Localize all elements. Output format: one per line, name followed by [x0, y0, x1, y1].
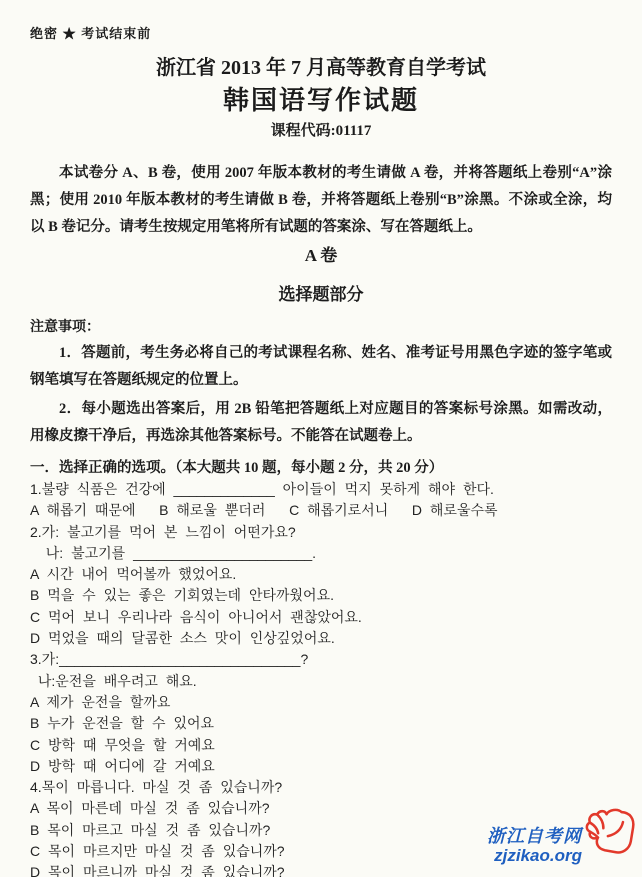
exam-title: 浙江省 2013 年 7 月高等教育自学考试 — [30, 55, 612, 81]
question-1-options: A 해롭기 때문에 B 해로울 뿐더러 C 해롭기로서니 D 해로울수록 — [30, 500, 612, 521]
intro-paragraph: 本试卷分 A、B 卷，使用 2007 年版本教材的考生请做 A 卷，并将答题纸上… — [30, 160, 612, 241]
multiple-choice-section-title: 选择题部分 — [30, 283, 612, 307]
exam-paper-page: 绝密 ★ 考试结束前 浙江省 2013 年 7 月高等教育自学考试 韩国语写作试… — [0, 0, 642, 877]
volume-a-label: A 卷 — [30, 244, 612, 268]
course-code: 课程代码:01117 — [30, 121, 612, 141]
question-3-option-c: C 방학 때 무엇을 할 거예요 — [30, 735, 612, 756]
question-4-option-a: A 목이 마른데 마실 것 좀 있습니까? — [30, 798, 612, 819]
watermark: 浙江自考网 zjzikao.org — [487, 819, 638, 873]
watermark-site-url: zjzikao.org — [487, 846, 582, 866]
question-3-option-a: A 제가 운전을 할까요 — [30, 692, 612, 713]
notes-title: 注意事项： — [30, 318, 612, 338]
question-2-option-d: D 먹었을 때의 달콤한 소스 맛이 인상깊었어요. — [30, 628, 612, 649]
watermark-text: 浙江自考网 zjzikao.org — [487, 826, 582, 866]
question-3-reply: 나:운전을 배우려고 해요. — [30, 671, 612, 692]
note-item-2: 2．每小题选出答案后，用 2B 铅笔把答题纸上对应题目的答案标号涂黑。如需改动，… — [30, 396, 612, 450]
question-1-stem: 1.불량 식품은 건강에 _____________ 아이들이 먹지 못하게 해… — [30, 479, 612, 500]
section-one-heading: 一．选择正确的选项。（本大题共 10 题，每小题 2 分，共 20 分） — [30, 457, 612, 479]
question-2-stem: 2.가: 불고기를 먹어 본 느낌이 어떤가요? — [30, 522, 612, 543]
fist-icon — [581, 804, 642, 865]
watermark-site-name: 浙江自考网 — [487, 826, 582, 846]
question-2-reply: 나: 불고기를 _______________________. — [30, 543, 612, 564]
question-4-stem: 4.목이 마릅니다. 마실 것 좀 있습니까? — [30, 777, 612, 798]
question-2-option-a: A 시간 내어 먹어볼까 했었어요. — [30, 564, 612, 585]
question-2-option-c: C 먹어 보니 우리나라 음식이 아니어서 괜찮았어요. — [30, 607, 612, 628]
question-3-stem: 3.가:_______________________________? — [30, 649, 612, 670]
subject-title: 韩国语写作试题 — [30, 84, 612, 117]
classification-label: 绝密 ★ 考试结束前 — [30, 26, 612, 42]
question-2-option-b: B 먹을 수 있는 좋은 기회였는데 안타까웠어요. — [30, 585, 612, 606]
note-item-1: 1．答题前，考生务必将自己的考试课程名称、姓名、准考证号用黑色字迹的签字笔或钢笔… — [30, 340, 612, 394]
question-3-option-d: D 방학 때 어디에 갈 거예요 — [30, 756, 612, 777]
question-3-option-b: B 누가 운전을 할 수 있어요 — [30, 713, 612, 734]
